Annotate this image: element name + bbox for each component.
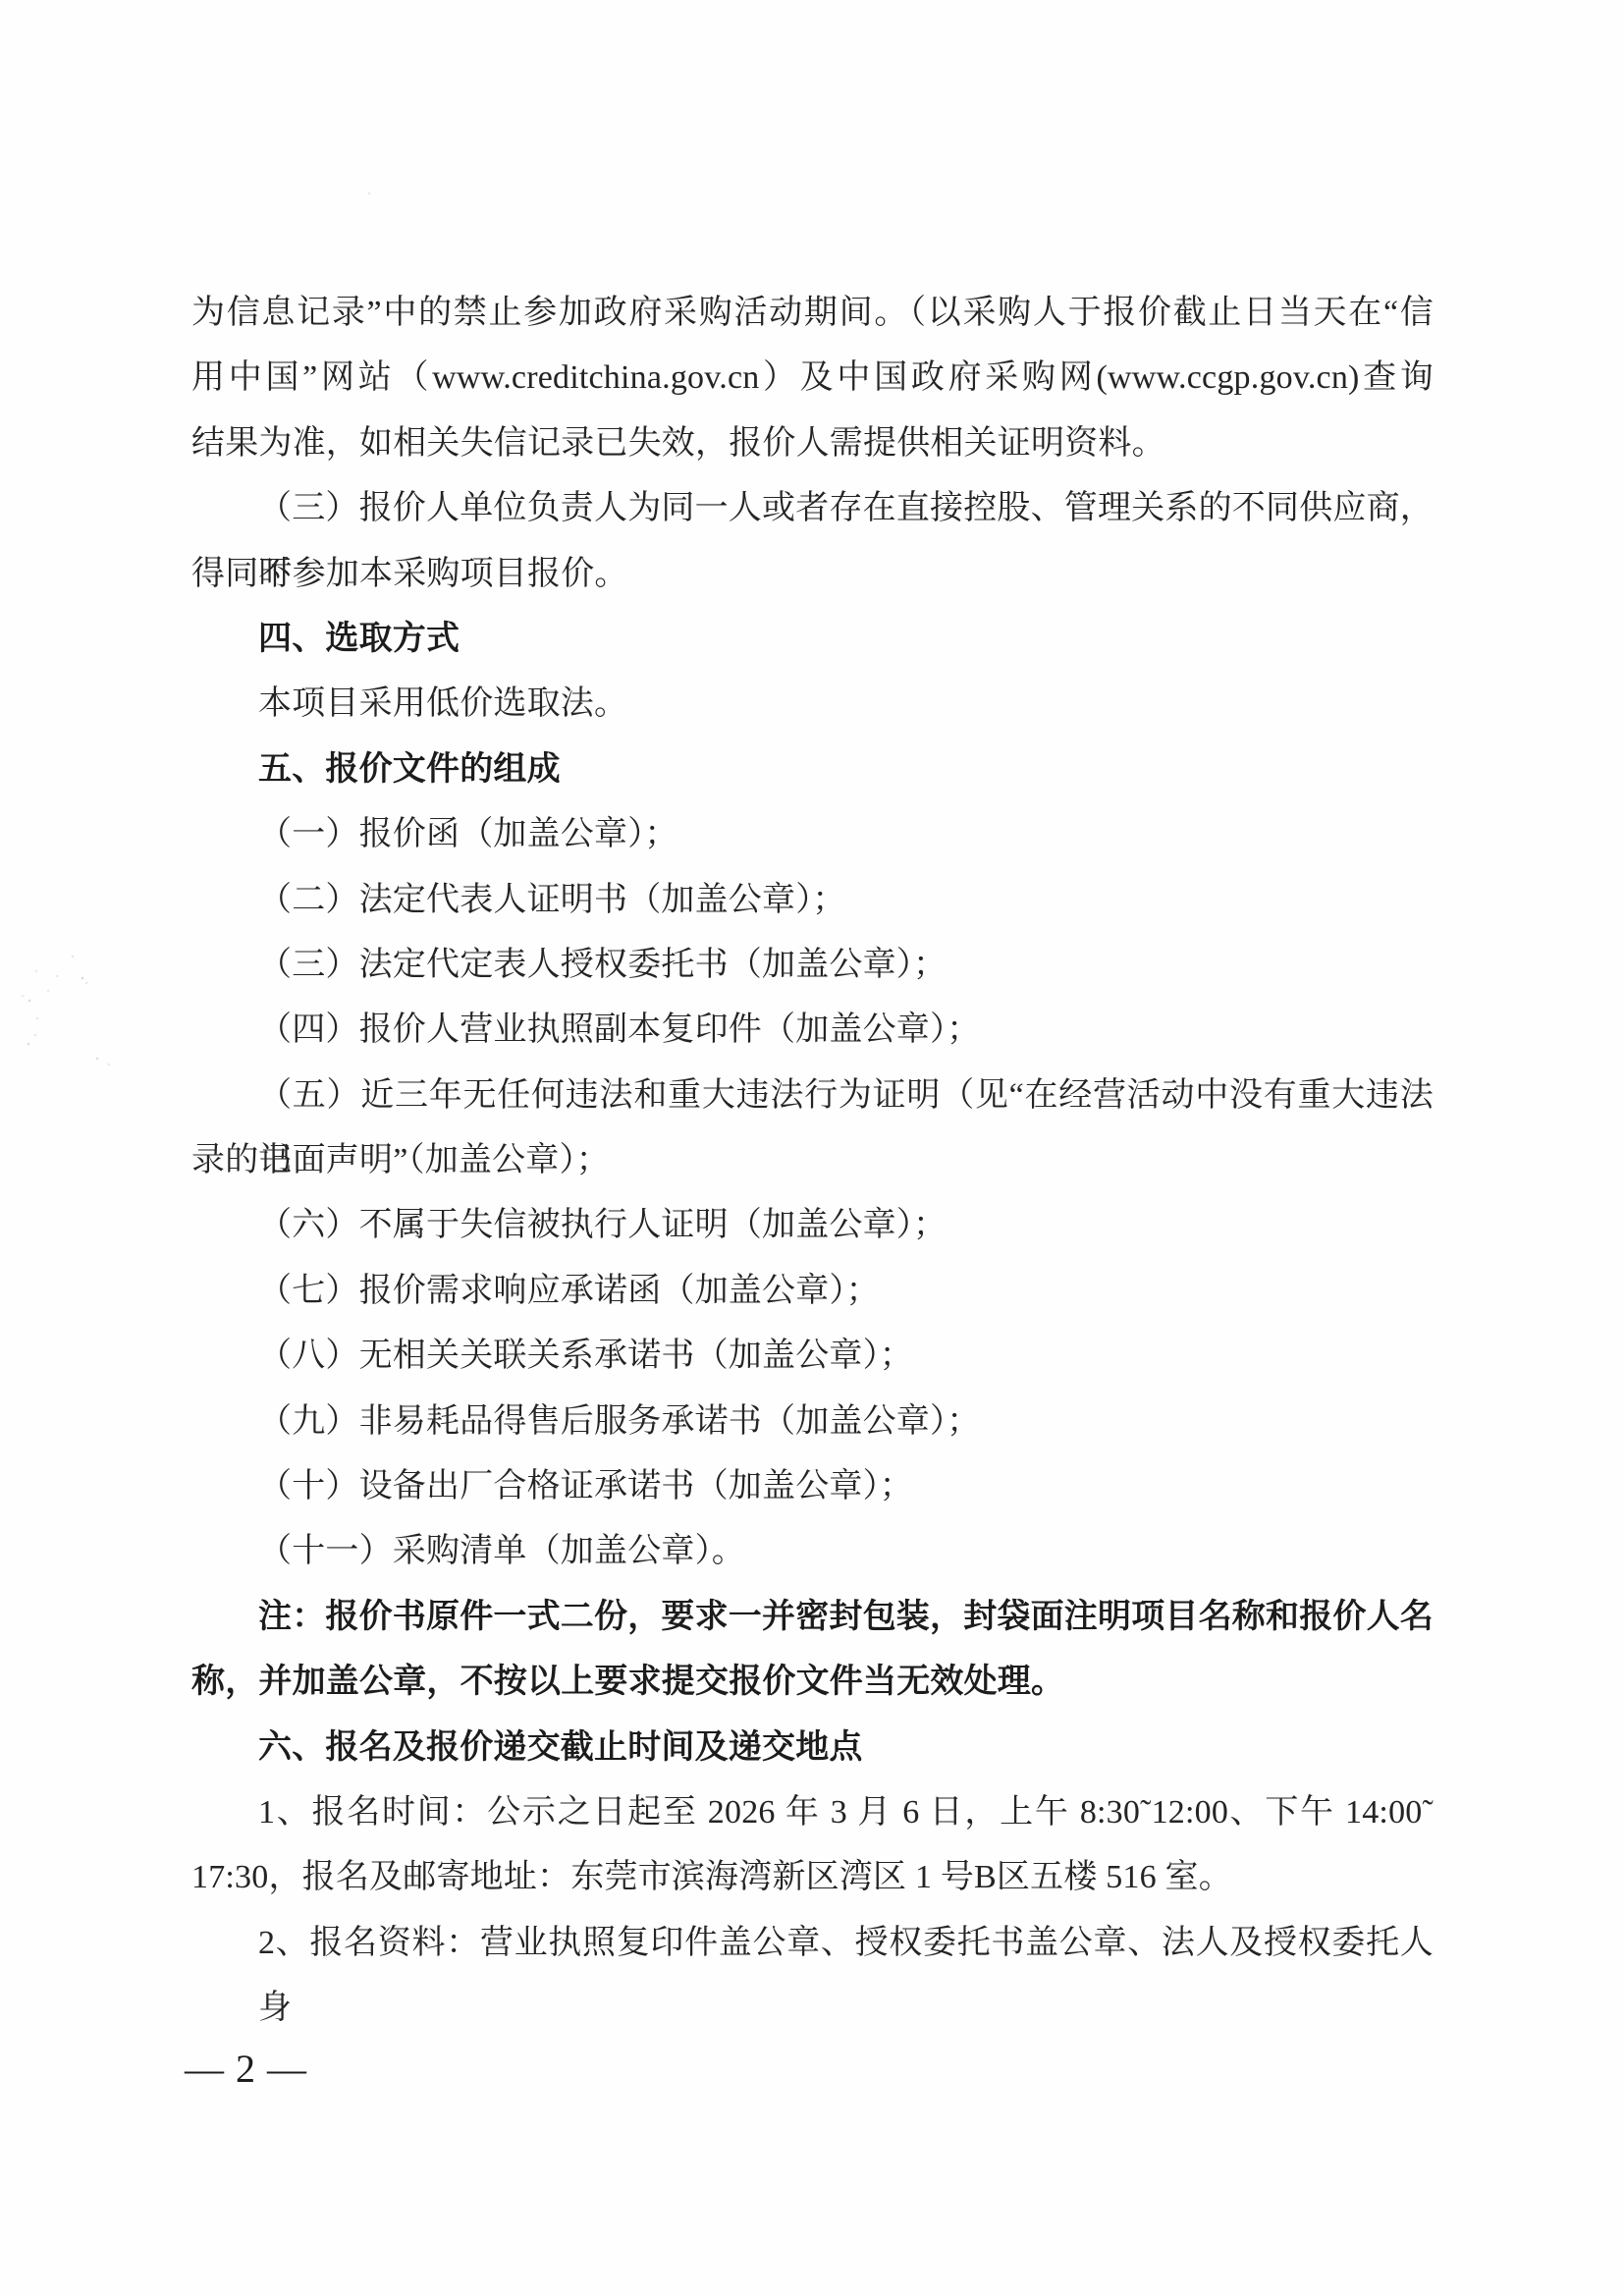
text-line: 得同时参加本采购项目报价。	[191, 542, 1434, 607]
list-item: （八）无相关关联关系承诺书（加盖公章）；	[191, 1324, 1434, 1389]
list-item: （四）报价人营业执照副本复印件（加盖公章）；	[191, 998, 1434, 1063]
note-line: 称，并加盖公章，不按以上要求提交报价文件当无效处理。	[191, 1650, 1434, 1715]
list-item: （五）近三年无任何违法和重大违法行为证明（见“在经营活动中没有重大违法记	[191, 1064, 1434, 1128]
list-item: （十一）采购清单（加盖公章）。	[191, 1519, 1434, 1584]
section-heading: 六、报名及报价递交截止时间及递交地点	[191, 1716, 1434, 1780]
section-heading: 五、报价文件的组成	[191, 738, 1434, 802]
note-line: 注：报价书原件一式二份，要求一并密封包装，封袋面注明项目名称和报价人名	[191, 1585, 1434, 1650]
list-item: （一）报价函（加盖公章）；	[191, 802, 1434, 867]
document-body: 为信息记录”中的禁止参加政府采购活动期间。（以采购人于报价截止日当天在“信 用中…	[191, 281, 1434, 1976]
text-line: 17:30，报名及邮寄地址：东莞市滨海湾新区湾区 1 号B区五楼 516 室。	[191, 1845, 1434, 1910]
text-line: 用中国”网站（www.creditchina.gov.cn）及中国政府采购网(w…	[191, 346, 1434, 410]
text-line: （三）报价人单位负责人为同一人或者存在直接控股、管理关系的不同供应商，不	[191, 476, 1434, 541]
list-item: 录的书面声明”（加盖公章）；	[191, 1128, 1434, 1193]
text-line: 2、报名资料：营业执照复印件盖公章、授权委托书盖公章、法人及授权委托人身	[191, 1911, 1434, 1976]
text-line: 本项目采用低价选取法。	[191, 672, 1434, 737]
text-line: 结果为准，如相关失信记录已失效，报价人需提供相关证明资料。	[191, 411, 1434, 476]
list-item: （七）报价需求响应承诺函（加盖公章）；	[191, 1259, 1434, 1324]
scan-speckle-artifacts	[0, 0, 2, 2]
document-page: 为信息记录”中的禁止参加政府采购活动期间。（以采购人于报价截止日当天在“信 用中…	[0, 0, 1624, 2296]
section-heading: 四、选取方式	[191, 607, 1434, 672]
list-item: （九）非易耗品得售后服务承诺书（加盖公章）；	[191, 1390, 1434, 1454]
text-line: 为信息记录”中的禁止参加政府采购活动期间。（以采购人于报价截止日当天在“信	[191, 281, 1434, 346]
list-item: （六）不属于失信被执行人证明（加盖公章）；	[191, 1193, 1434, 1258]
list-item: （十）设备出厂合格证承诺书（加盖公章）；	[191, 1454, 1434, 1519]
list-item: （三）法定代定表人授权委托书（加盖公章）；	[191, 933, 1434, 998]
list-item: （二）法定代表人证明书（加盖公章）；	[191, 868, 1434, 933]
text-line: 1、报名时间：公示之日起至 2026 年 3 月 6 日，上午 8:30˜12:…	[191, 1780, 1434, 1845]
page-number: — 2 —	[185, 2046, 307, 2092]
